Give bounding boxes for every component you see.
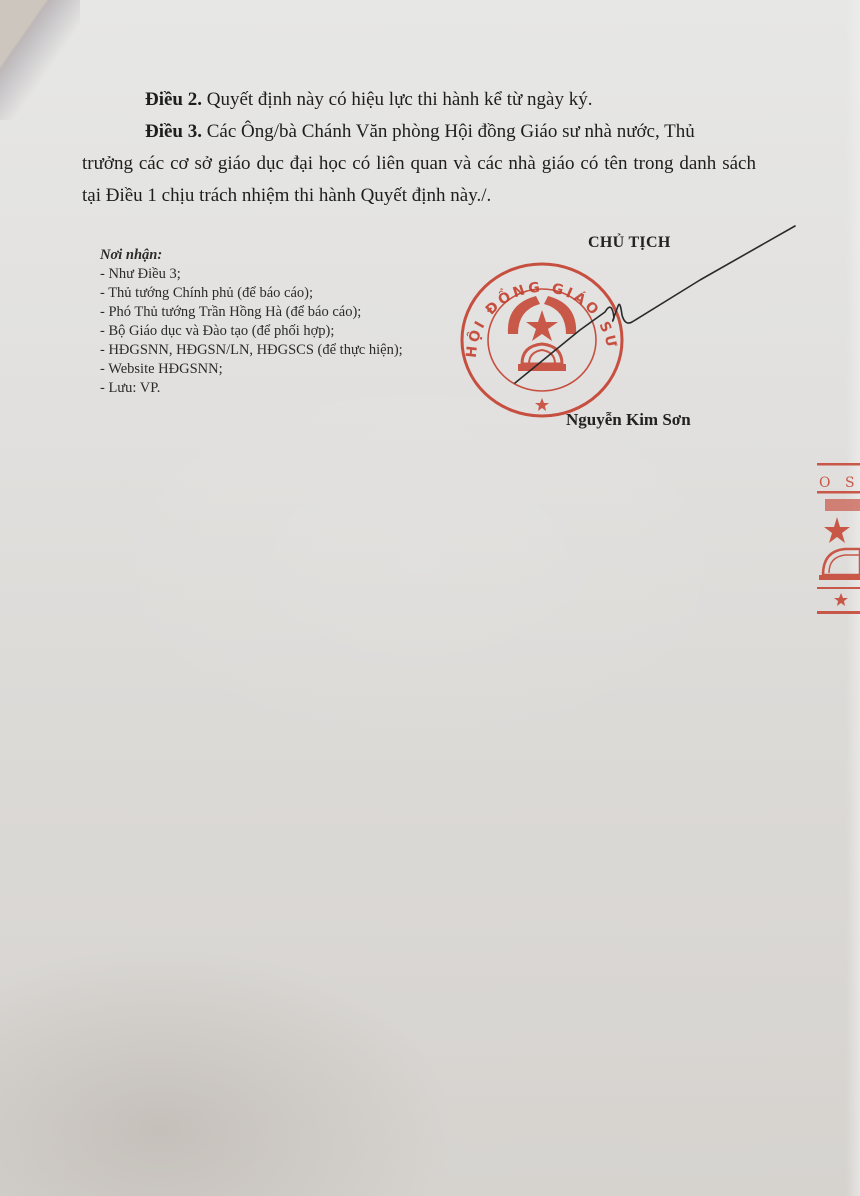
recipient-item: - Lưu: VP.	[100, 379, 403, 398]
article-2: Điều 2. Quyết định này có hiệu lực thi h…	[145, 84, 592, 116]
recipient-item: - Bộ Giáo dục và Đào tạo (để phối hợp);	[100, 322, 403, 341]
page-corner	[0, 0, 80, 120]
document-page: Điều 2. Quyết định này có hiệu lực thi h…	[0, 0, 860, 1196]
recipient-item: - Website HĐGSNN;	[100, 360, 403, 379]
recipients-title: Nơi nhận:	[100, 246, 403, 265]
recipients-list: - Như Điều 3; - Thủ tướng Chính phủ (để …	[100, 265, 403, 398]
article-3-label: Điều 3.	[145, 121, 202, 142]
recipient-item: - Phó Thủ tướng Trần Hồng Hà (để báo cáo…	[100, 303, 403, 322]
recipients-block: Nơi nhận: - Như Điều 3; - Thủ tướng Chín…	[100, 246, 403, 398]
edge-seal-icon: O S	[805, 455, 860, 620]
article-2-label: Điều 2.	[145, 89, 202, 110]
article-3-text-rest: trưởng các cơ sở giáo dục đại học có liê…	[82, 153, 756, 206]
signer-name: Nguyễn Kim Sơn	[566, 410, 691, 430]
svg-text:S: S	[845, 475, 855, 491]
official-seal-icon: HỘI ĐỒNG GIÁO SƯ NHÀ NƯỚC	[456, 258, 628, 422]
recipient-item: - Thủ tướng Chính phủ (để báo cáo);	[100, 284, 403, 303]
signer-title: CHỦ TỊCH	[588, 234, 671, 252]
article-2-text: Quyết định này có hiệu lực thi hành kể t…	[202, 89, 592, 110]
article-3-text-line1: Các Ông/bà Chánh Văn phòng Hội đồng Giáo…	[202, 121, 695, 142]
svg-text:O: O	[819, 475, 830, 491]
recipient-item: - Như Điều 3;	[100, 265, 403, 284]
recipient-item: - HĐGSNN, HĐGSN/LN, HĐGSCS (để thực hiện…	[100, 341, 403, 360]
article-3: Điều 3. Các Ông/bà Chánh Văn phòng Hội đ…	[82, 116, 756, 212]
